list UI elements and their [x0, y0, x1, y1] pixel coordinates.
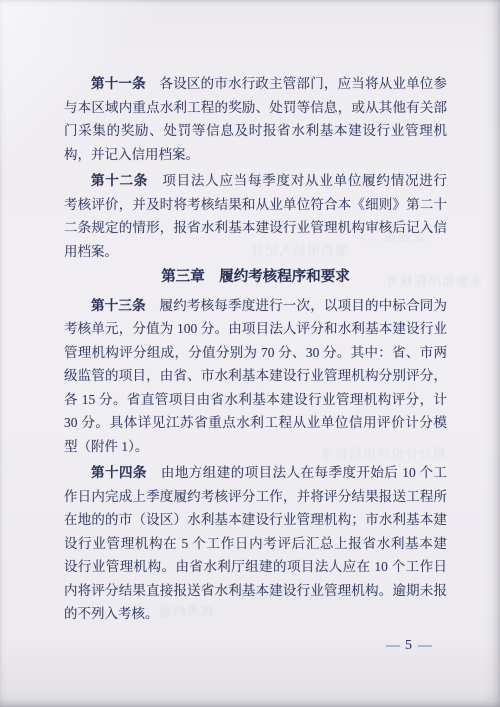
text-line: 考核评价，并及时将考核结果和从业单位符合本《细则》第二十: [64, 193, 447, 217]
article-14: 第十四条 由地方组建的项目法人在每季度开始后 10 个工作日内完成上季度履约考核…: [64, 461, 447, 626]
text-line: 型（附件 1）。: [64, 435, 447, 459]
text-line: 设行业管理机构在 5 个工作日内考评后汇总上报省水利基本建: [64, 532, 447, 556]
text-line: 门采集的奖励、处罚等信息及时报省水利基本建设行业管理机: [64, 119, 447, 143]
page-number-value: 5: [405, 638, 413, 653]
text-line: 管理机构评分组成，分值分别为 70 分、30 分。其中：省、市两: [64, 341, 447, 365]
text-line: 第十三条 履约考核每季度进行一次，以项目的中标合同为: [64, 294, 447, 318]
text-line: 考核单元，分值为 100 分。由项目法人评分和水利基本建设行业: [64, 317, 447, 341]
text-line: 作日内完成上季度履约考核评分工作，并将评分结果报送工程所: [64, 485, 447, 509]
text-line: 第十二条 项目法人应当每季度对从业单位履约情况进行: [64, 169, 447, 193]
text-line: 的不列入考核。: [64, 602, 447, 626]
article-11: 第十一条 各设区的市水行政主管部门，应当将从业单位参与本区域内重点水利工程的奖励…: [64, 72, 447, 166]
text-line: 在地的的市（设区）水利基本建设行业管理机构；市水利基本建: [64, 508, 447, 532]
page-number: —5—: [64, 634, 447, 658]
article-number-label: 第十二条: [91, 173, 148, 188]
scanned-document-page: 案档用信入记并定规条二十求要和序程核考模分计价评用信位单位单业从程工利水点重核考…: [0, 0, 500, 707]
text-line: 各 15 分。省直管项目由省水利基本建设行业管理机构评分，计: [64, 388, 447, 412]
chapter-3-heading: 第三章 履约考核程序和要求: [64, 266, 447, 290]
text-line: 与本区域内重点水利工程的奖励、处罚等信息，或从其他有关部: [64, 96, 447, 120]
article-number-label: 第十三条: [91, 298, 146, 313]
article-13: 第十三条 履约考核每季度进行一次，以项目的中标合同为考核单元，分值为 100 分…: [64, 294, 447, 459]
text-line: 设行业管理机构。由省水利厅组建的项目法人应在 10 个工作日: [64, 555, 447, 579]
page-number-dash-right: —: [418, 638, 432, 653]
text-line: 构，并记入信用档案。: [64, 143, 447, 167]
text-line: 第十一条 各设区的市水行政主管部门，应当将从业单位参: [64, 72, 447, 96]
document-body: 第十一条 各设区的市水行政主管部门，应当将从业单位参与本区域内重点水利工程的奖励…: [64, 72, 447, 657]
article-number-label: 第十一条: [91, 76, 146, 91]
text-line: 30 分。具体详见江苏省重点水利工程从业单位信用评价计分模: [64, 411, 447, 435]
text-line: 第十四条 由地方组建的项目法人在每季度开始后 10 个工: [64, 461, 447, 485]
text-line: 二条规定的情形，报省水利基本建设行业管理机构审核后记入信: [64, 216, 447, 240]
page-number-dash-left: —: [386, 638, 400, 653]
article-number-label: 第十四条: [91, 465, 147, 480]
text-line: 用档案。: [64, 240, 447, 264]
text-line: 级监管的项目，由省、市水利基本建设行业管理机构分别评分，: [64, 364, 447, 388]
text-line: 内将评分结果直接报送省水利基本建设行业管理机构。逾期未报: [64, 579, 447, 603]
article-12: 第十二条 项目法人应当每季度对从业单位履约情况进行考核评价，并及时将考核结果和从…: [64, 169, 447, 263]
